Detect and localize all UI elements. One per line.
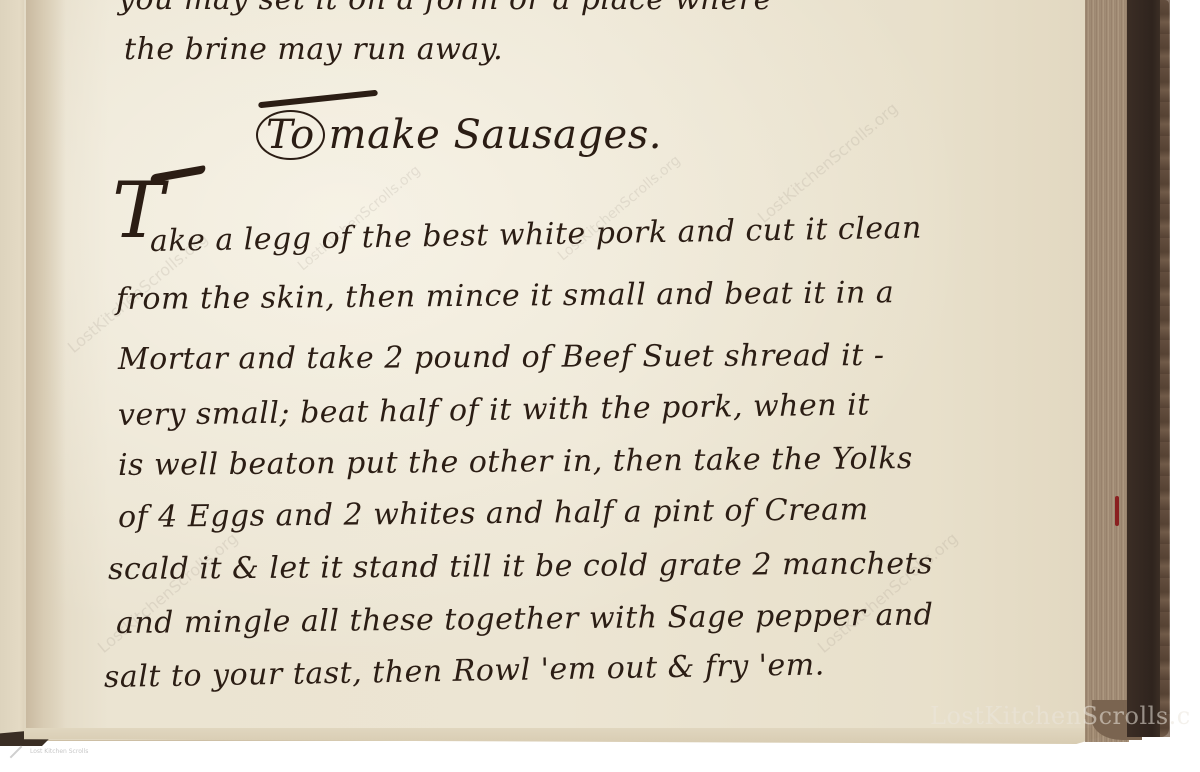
- book-page-edges: [1085, 0, 1129, 742]
- credit-text: Lost Kitchen Scrolls: [30, 748, 88, 755]
- watermark-footer: LostKitchenScrolls.c: [930, 702, 1191, 730]
- recipe-line: is well beaton put the other in, then ta…: [118, 441, 913, 483]
- photo-credit: Lost Kitchen Scrolls: [8, 748, 88, 755]
- quill-icon: [10, 745, 23, 758]
- recipe-line: scald it & let it stand till it be cold …: [108, 546, 933, 587]
- title-prefix: To: [256, 110, 325, 160]
- preceding-line: the brine may run away.: [124, 32, 503, 67]
- partial-top-line: you may set it on a form or a place wher…: [118, 0, 772, 17]
- ribbon-marker: [1115, 496, 1119, 526]
- gutter-shadow: [26, 0, 66, 738]
- title-text: make Sausages.: [329, 112, 662, 158]
- recipe-line: from the skin, then mince it small and b…: [116, 275, 894, 317]
- page-bottom-edge: [24, 728, 1109, 744]
- recipe-line: Mortar and take 2 pound of Beef Suet shr…: [118, 338, 885, 377]
- leather-cover-worn-edge: [1160, 0, 1170, 737]
- recipe-title: Tomake Sausages.: [256, 110, 662, 160]
- manuscript-photo: LostKitchenScrolls.org LostKitchenScroll…: [0, 0, 1200, 772]
